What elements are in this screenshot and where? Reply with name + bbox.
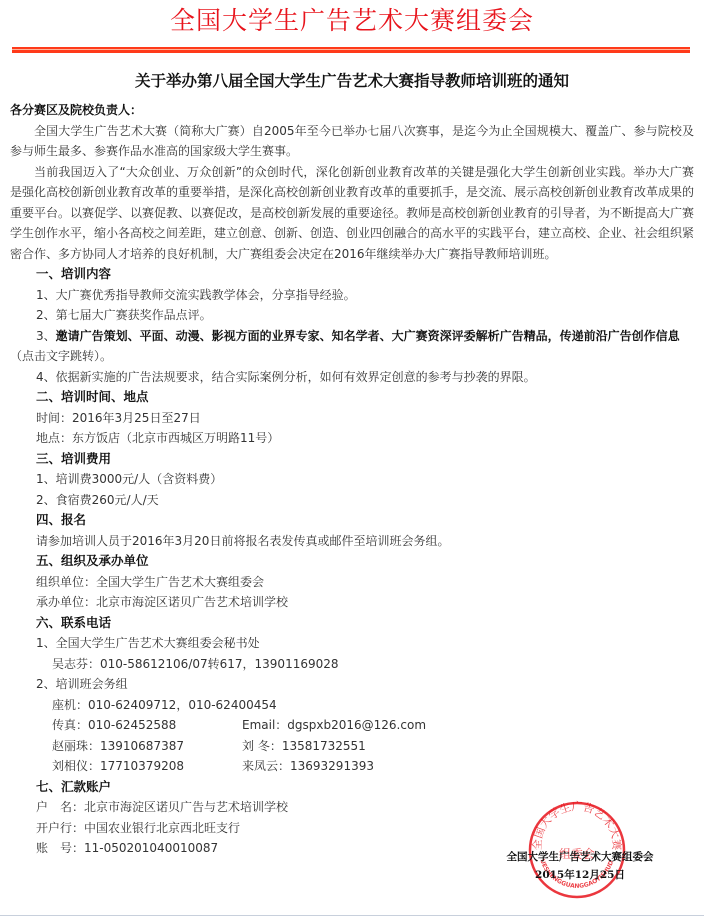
- seal-top-text: 全国大学生广告艺术大赛: [530, 800, 624, 850]
- section-heading-registration: 四、报名: [10, 510, 694, 531]
- account-number-value: 11-050201040010087: [84, 841, 218, 855]
- contact-landline: 座机：010-62409712，010-62400454: [10, 695, 694, 716]
- signature-org: 全国大学生广告艺术大赛组委会: [500, 848, 660, 866]
- document-title: 关于举办第八届全国大学生广告艺术大赛指导教师培训班的通知: [0, 70, 704, 92]
- section-heading-organizers: 五、组织及承办单位: [10, 551, 694, 572]
- svg-text:全国大学生广告艺术大赛: 全国大学生广告艺术大赛: [530, 800, 624, 850]
- contact-person-left: 刘相仪：17710379208: [52, 756, 242, 777]
- document-body: 各分赛区及院校负责人： 全国大学生广告艺术大赛（简称大广赛）自2005年至今已举…: [10, 100, 694, 859]
- bank-label: 开户行：: [36, 821, 84, 835]
- training-item-2: 2、第七届大广赛获奖作品点评。: [10, 305, 694, 326]
- training-time: 时间：2016年3月25日至27日: [10, 408, 694, 429]
- contact-fax-email-row: 传真：010-62452588 Email：dgspxb2016@126.com: [10, 715, 694, 736]
- bank-value: 中国农业银行北京西北旺支行: [84, 821, 240, 835]
- training-item-3: 3、邀请广告策划、平面、动漫、影视方面的业界专家、知名学者、大广赛资深评委解析广…: [10, 326, 694, 347]
- account-name-label: 户 名：: [36, 800, 84, 814]
- intro-paragraph-1: 全国大学生广告艺术大赛（简称大广赛）自2005年至今已举办七届八次赛事，是迄今为…: [10, 121, 694, 162]
- account-number-label: 账 号：: [36, 841, 84, 855]
- contact-email[interactable]: Email：dgspxb2016@126.com: [242, 715, 426, 736]
- letterhead-red-rule: [12, 47, 690, 53]
- contact-person-right: 刘 冬：13581732551: [242, 736, 366, 757]
- section-heading-time-place: 二、培训时间、地点: [10, 387, 694, 408]
- contact-person-left: 赵丽珠：13910687387: [52, 736, 242, 757]
- host-unit: 承办单位：北京市海淀区诺贝广告艺术培训学校: [10, 592, 694, 613]
- contact-fax: 传真：010-62452588: [52, 715, 242, 736]
- training-place: 地点：东方饭店（北京市西城区万明路11号）: [10, 428, 694, 449]
- intro-paragraph-2-text: 当前我国迈入了“大众创业、万众创新”的众创时代，深化创新创业教育改革的关键是强化…: [10, 165, 694, 261]
- contact-person-right: 来凤云：13693291393: [242, 756, 374, 777]
- letterhead-title: 全国大学生广告艺术大赛组委会: [0, 6, 704, 36]
- contact-group-2-title: 2、培训班会务组: [10, 674, 694, 695]
- letterhead: 全国大学生广告艺术大赛组委会: [0, 0, 704, 40]
- intro-paragraph-1-text: 全国大学生广告艺术大赛（简称大广赛）自2005年至今已举办七届八次赛事，是迄今为…: [10, 124, 694, 159]
- contact-person-row-1: 赵丽珠：13910687387 刘 冬：13581732551: [10, 736, 694, 757]
- signature-date: 2015年12月25日: [500, 866, 660, 884]
- salutation: 各分赛区及院校负责人：: [10, 100, 694, 121]
- contact-person-row-2: 刘相仪：17710379208 来凤云：13693291393: [10, 756, 694, 777]
- organizer-unit: 组织单位：全国大学生广告艺术大赛组委会: [10, 572, 694, 593]
- signature-block: 全国大学生广告艺术大赛组委会 2015年12月25日: [500, 848, 660, 884]
- section-heading-contact: 六、联系电话: [10, 613, 694, 634]
- training-item-4: 4、依据新实施的广告法规要求，结合实际案例分析，如何有效界定创意的参考与抄袭的界…: [10, 367, 694, 388]
- bottom-divider: [0, 915, 704, 916]
- fee-item-1: 1、培训费3000元/人（含资料费）: [10, 469, 694, 490]
- training-item-1: 1、大广赛优秀指导教师交流实践教学体会，分享指导经验。: [10, 285, 694, 306]
- section-heading-bank-account: 七、汇款账户: [10, 777, 694, 798]
- click-to-jump-hint[interactable]: （点击文字跳转）。: [10, 346, 694, 367]
- training-item-3-link[interactable]: 邀请广告策划、平面、动漫、影视方面的业界专家、知名学者、大广赛资深评委解析广告精…: [56, 329, 680, 343]
- fee-item-2: 2、食宿费260元/人/天: [10, 490, 694, 511]
- section-heading-fees: 三、培训费用: [10, 449, 694, 470]
- section-heading-training-content: 一、培训内容: [10, 264, 694, 285]
- intro-paragraph-2: 当前我国迈入了“大众创业、万众创新”的众创时代，深化创新创业教育改革的关键是强化…: [10, 162, 694, 265]
- training-item-3-number: 3、: [36, 329, 56, 343]
- contact-group-1-title: 1、全国大学生广告艺术大赛组委会秘书处: [10, 633, 694, 654]
- account-name-value: 北京市海淀区诺贝广告与艺术培训学校: [84, 800, 288, 814]
- contact-group-1-person: 吴志芬：010-58612106/07转617，13901169028: [10, 654, 694, 675]
- registration-text: 请参加培训人员于2016年3月20日前将报名表发传真或邮件至培训班会务组。: [10, 531, 694, 552]
